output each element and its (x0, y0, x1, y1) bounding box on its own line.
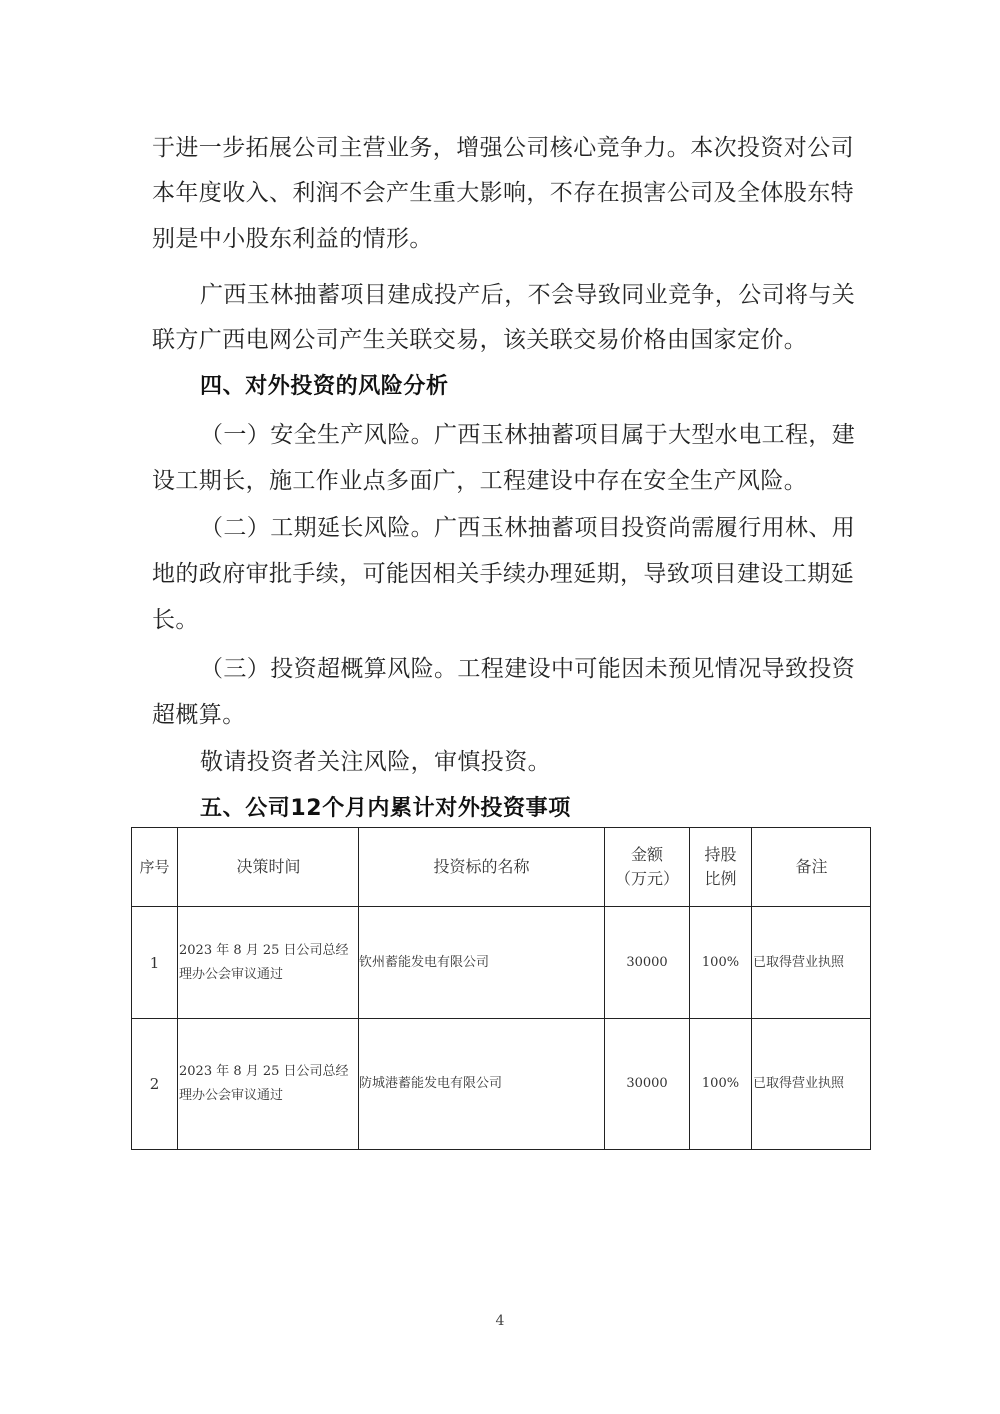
risk-item-line: （三）投资超概算风险。工程建设中可能因未预见情况导致投资 (200, 654, 900, 684)
risk-item-line: 长。 (152, 605, 852, 635)
table-row: 1 2023 年 8 月 25 日公司总经 理办公会审议通过 钦州蓄能发电有限公… (132, 907, 871, 1019)
cell-note: 已取得营业执照 (752, 907, 871, 1019)
table-row: 2 2023 年 8 月 25 日公司总经 理办公会审议通过 防城港蓄能发电有限… (132, 1019, 871, 1150)
risk-item-line: （一）安全生产风险。广西玉林抽蓄项目属于大型水电工程，建 (200, 420, 900, 450)
risk-notice: 敬请投资者关注风险，审慎投资。 (200, 747, 900, 777)
risk-item-line: 超概算。 (152, 700, 852, 730)
investment-table: 序号 决策时间 投资标的名称 金额 （万元） 持股 比例 备注 1 2023 年… (131, 827, 871, 1150)
table-header-row: 序号 决策时间 投资标的名称 金额 （万元） 持股 比例 备注 (132, 828, 871, 907)
header-index: 序号 (132, 828, 178, 907)
cell-ratio: 100% (690, 1019, 752, 1150)
document-page: 于进一步拓展公司主营业务，增强公司核心竞争力。本次投资对公司 本年度收入、利润不… (0, 0, 1000, 1414)
risk-item-line: 设工期长，施工作业点多面广，工程建设中存在安全生产风险。 (152, 466, 852, 496)
cell-index: 2 (132, 1019, 178, 1150)
header-amount-unit: （万元） (605, 867, 689, 891)
header-ratio-line2: 比例 (690, 867, 751, 891)
cell-decision-time-line2: 理办公会审议通过 (179, 963, 358, 987)
cell-target-name: 防城港蓄能发电有限公司 (359, 1019, 605, 1150)
paragraph-line: 别是中小股东利益的情形。 (152, 224, 852, 254)
header-target-name: 投资标的名称 (359, 828, 605, 907)
page-number: 4 (0, 1313, 1000, 1329)
cell-index: 1 (132, 907, 178, 1019)
paragraph-line: 于进一步拓展公司主营业务，增强公司核心竞争力。本次投资对公司 (152, 133, 852, 163)
cell-decision-time-line1: 2023 年 8 月 25 日公司总经 (179, 1060, 358, 1084)
header-ratio: 持股 比例 (690, 828, 752, 907)
section-heading-risk-analysis: 四、对外投资的风险分析 (200, 372, 900, 402)
cell-decision-time: 2023 年 8 月 25 日公司总经 理办公会审议通过 (178, 907, 359, 1019)
cell-decision-time: 2023 年 8 月 25 日公司总经 理办公会审议通过 (178, 1019, 359, 1150)
cell-decision-time-line1: 2023 年 8 月 25 日公司总经 (179, 939, 358, 963)
header-decision-time: 决策时间 (178, 828, 359, 907)
header-note: 备注 (752, 828, 871, 907)
header-amount-label: 金额 (605, 843, 689, 867)
paragraph-line: 本年度收入、利润不会产生重大影响，不存在损害公司及全体股东特 (152, 178, 852, 208)
cell-ratio: 100% (690, 907, 752, 1019)
cell-decision-time-line2: 理办公会审议通过 (179, 1084, 358, 1108)
cell-amount: 30000 (605, 907, 690, 1019)
cell-target-name: 钦州蓄能发电有限公司 (359, 907, 605, 1019)
cell-note: 已取得营业执照 (752, 1019, 871, 1150)
section-heading-cumulative-investment: 五、公司12个月内累计对外投资事项 (200, 794, 900, 824)
paragraph-line: 广西玉林抽蓄项目建成投产后，不会导致同业竞争，公司将与关 (200, 280, 900, 310)
risk-item-line: 地的政府审批手续，可能因相关手续办理延期，导致项目建设工期延 (152, 559, 852, 589)
header-amount: 金额 （万元） (605, 828, 690, 907)
paragraph-line: 联方广西电网公司产生关联交易，该关联交易价格由国家定价。 (152, 325, 852, 355)
cell-amount: 30000 (605, 1019, 690, 1150)
risk-item-line: （二）工期延长风险。广西玉林抽蓄项目投资尚需履行用林、用 (200, 513, 900, 543)
header-ratio-line1: 持股 (690, 843, 751, 867)
